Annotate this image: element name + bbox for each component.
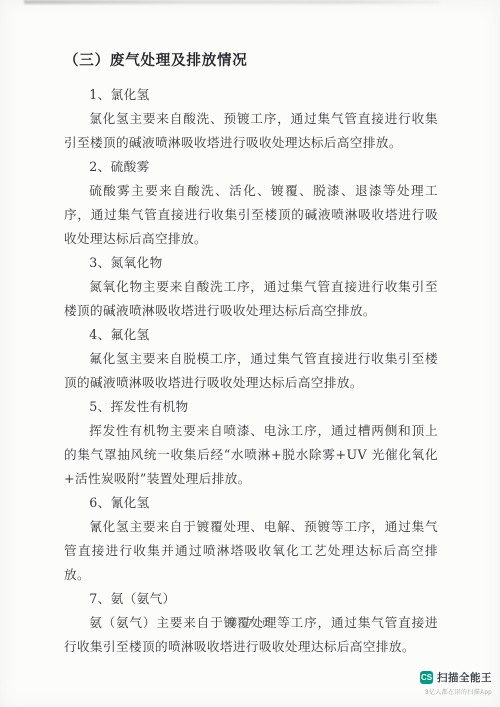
subsection-heading: 6、氰化氢	[64, 491, 438, 515]
camscanner-logo-icon: CS	[420, 671, 433, 684]
page-number: 第 7 页	[64, 615, 438, 629]
paragraph: 氰化氢主要来自于镀覆处理、电解、预镀等工序，通过集气管直接进行收集并通过喷淋塔吸…	[64, 515, 438, 587]
camscanner-watermark: CS 扫描全能王 3亿人都在用的扫描App	[420, 670, 492, 696]
page-title: （三）废气处理及排放情况	[64, 50, 438, 72]
camscanner-watermark-row: CS 扫描全能王	[420, 670, 492, 685]
subsection-heading: 4、氟化氢	[64, 323, 438, 347]
subsection-heading: 5、挥发性有机物	[64, 395, 438, 419]
paragraph: 氮氧化物主要来自酸洗工序，通过集气管直接进行收集引至楼顶的碱液喷淋吸收塔进行吸收…	[64, 275, 438, 323]
scan-shadow-artifact	[24, 0, 440, 4]
subsection-heading: 1、氯化氢	[64, 83, 438, 107]
subsection-heading: 3、氮氧化物	[64, 251, 438, 275]
subsection-heading: 2、硫酸雾	[64, 155, 438, 179]
paragraph: 氯化氢主要来自酸洗、预镀工序，通过集气管直接进行收集引至楼顶的碱液喷淋吸收塔进行…	[64, 107, 438, 155]
paragraph: 氟化氢主要来自脱模工序，通过集气管直接进行收集引至楼顶的碱液喷淋吸收塔进行吸收处…	[64, 347, 438, 395]
paragraph: 挥发性有机物主要来自喷漆、电泳工序，通过槽两侧和顶上的集气罩抽风统一收集后经“水…	[64, 419, 438, 491]
paragraph: 硫酸雾主要来自酸洗、活化、镀覆、脱漆、退漆等处理工序，通过集气管直接进行收集引至…	[64, 179, 438, 251]
camscanner-app-name: 扫描全能王	[437, 670, 492, 685]
subsection-heading: 7、氨（氨气）	[64, 587, 438, 611]
camscanner-tagline: 3亿人都在用的扫描App	[420, 687, 492, 696]
document-content: （三）废气处理及排放情况 1、氯化氢 氯化氢主要来自酸洗、预镀工序，通过集气管直…	[64, 50, 438, 659]
